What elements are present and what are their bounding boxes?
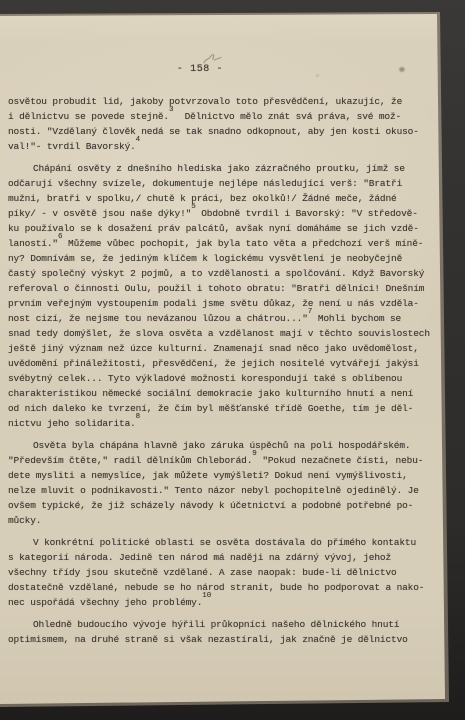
page-body: osvětou probudit lid, jakoby potvrzovalo…: [8, 94, 442, 654]
footnote-marker: 9: [252, 450, 257, 458]
page-number: - 158 -: [170, 64, 230, 75]
footnote-marker: 10: [202, 592, 211, 600]
footnote-marker: 5: [191, 203, 196, 211]
footnote-marker: 6: [58, 233, 63, 241]
paragraph: Osvěta byla chápána hlavně jako záruka ú…: [8, 438, 442, 528]
footnote-marker: 4: [136, 136, 141, 144]
paper-page: - 158 - osvětou probudit lid, jakoby pot…: [0, 0, 465, 720]
footnote-marker: 7: [308, 308, 313, 316]
paragraph: Ohledně budoucího vývoje hýřili průkopní…: [8, 617, 442, 647]
ink-smudge-dot: [399, 67, 405, 72]
paragraph: osvětou probudit lid, jakoby potvrzovalo…: [8, 94, 442, 154]
paragraph: V konkrétní politické oblasti se osvěta …: [8, 535, 442, 610]
footnote-marker: 8: [136, 413, 141, 421]
paragraph: Chápání osvěty z dnešního hlediska jako …: [8, 161, 442, 431]
footnote-marker: 3: [169, 106, 174, 114]
paper-speck: [316, 74, 319, 77]
scanned-document-photo: { "document": { "page_number_label": "- …: [0, 0, 465, 720]
